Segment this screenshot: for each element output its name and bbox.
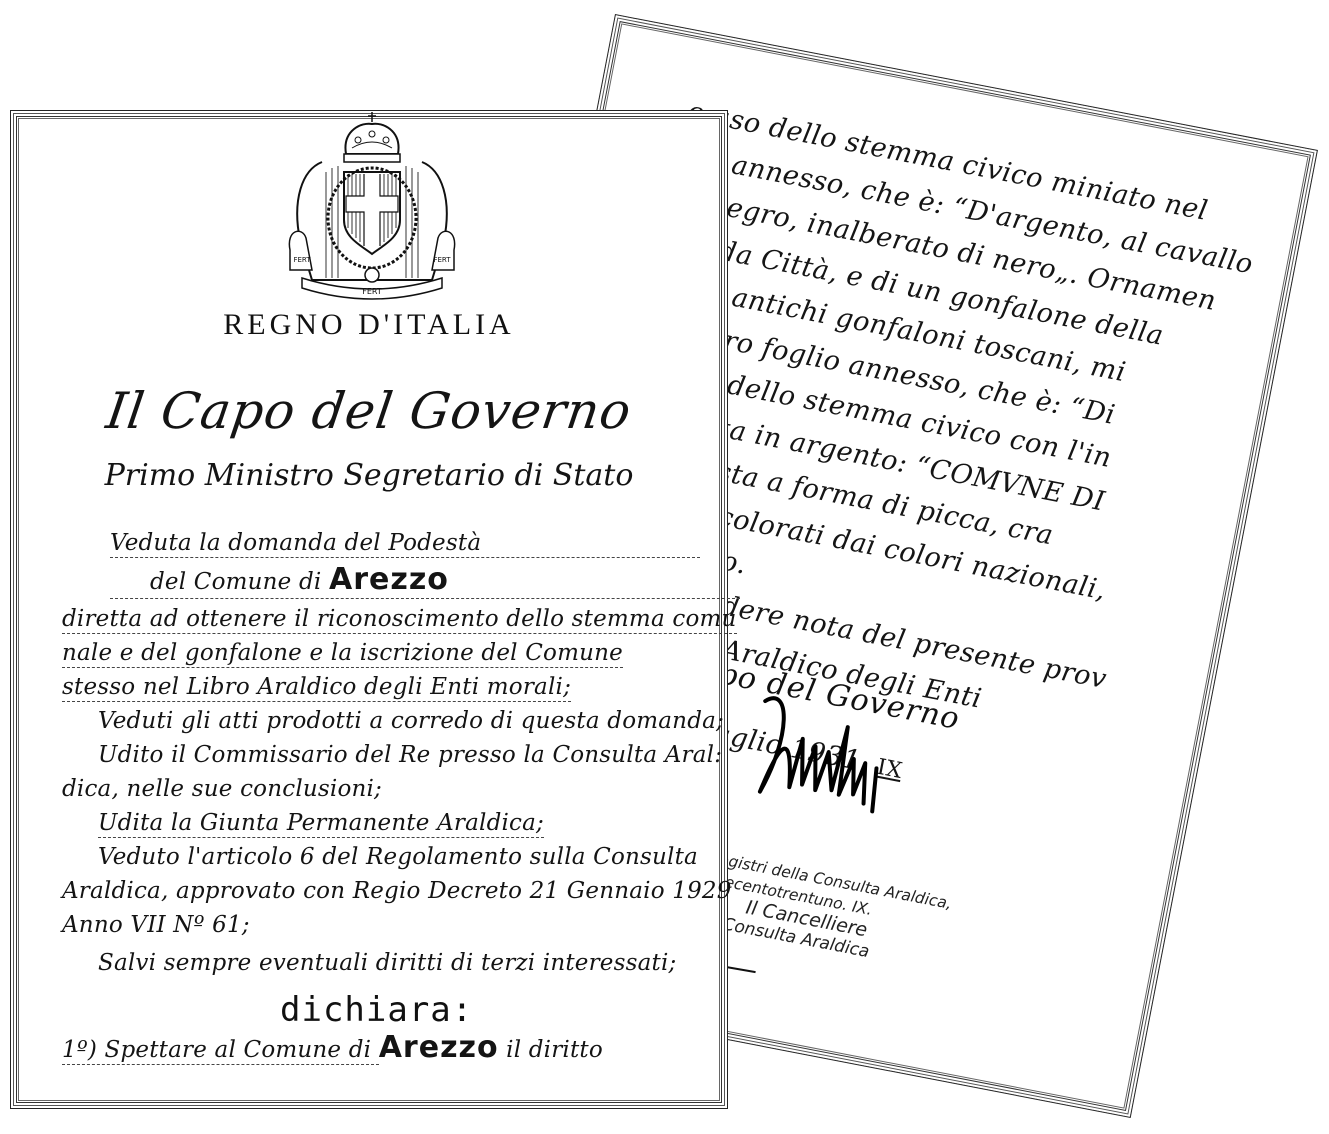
article-1-suffix: il diritto: [499, 1037, 603, 1063]
decree-heading: Il Capo del Governo: [6, 382, 732, 440]
svg-text:FERT: FERT: [293, 256, 311, 264]
text-line: Udita la Giunta Permanente Araldica;: [98, 810, 544, 838]
text-line: nale e del gonfalone e la iscrizione del…: [62, 640, 623, 668]
left-page-decree: FERT FERT FERT REGNO D'ITALIA Il Capo de…: [10, 110, 728, 1109]
text-line: Anno VII Nº 61;: [62, 912, 250, 938]
svg-text:FERT: FERT: [433, 256, 451, 264]
text-line: Salvi sempre eventuali diritti di terzi …: [98, 950, 676, 976]
text-line: stesso nel Libro Araldico degli Enti mor…: [62, 674, 571, 702]
municipality-name: Arezzo: [329, 562, 449, 597]
svg-text:FERT: FERT: [362, 287, 382, 296]
declares-heading: dichiara:: [280, 990, 473, 1030]
text-line: Veduto l'articolo 6 del Regolamento sull…: [98, 844, 698, 870]
text-line: Araldica, approvato con Regio Decreto 21…: [62, 878, 732, 904]
municipality-line: del Comune di Arezzo: [110, 562, 740, 599]
text-line: Udito il Commissario del Re presso la Co…: [98, 742, 722, 768]
text-line: Veduti gli atti prodotti a corredo di qu…: [98, 708, 724, 734]
article-1-line: 1º) Spettare al Comune di Arezzo il diri…: [62, 1030, 603, 1065]
text-line: Veduta la domanda del Podestà: [110, 530, 700, 558]
text-line: dica, nelle sue conclusioni;: [62, 776, 382, 802]
municipality-prefix: del Comune di: [150, 569, 329, 595]
article-1-prefix: 1º) Spettare al Comune di: [62, 1037, 379, 1065]
savoy-coat-of-arms-icon: FERT FERT FERT: [282, 110, 462, 300]
kingdom-title: REGNO D'ITALIA: [10, 308, 728, 342]
decree-subheading: Primo Ministro Segretario di Stato: [10, 458, 728, 493]
text-line: diretta ad ottenere il riconoscimento de…: [62, 606, 737, 634]
municipality-name: Arezzo: [379, 1030, 499, 1065]
